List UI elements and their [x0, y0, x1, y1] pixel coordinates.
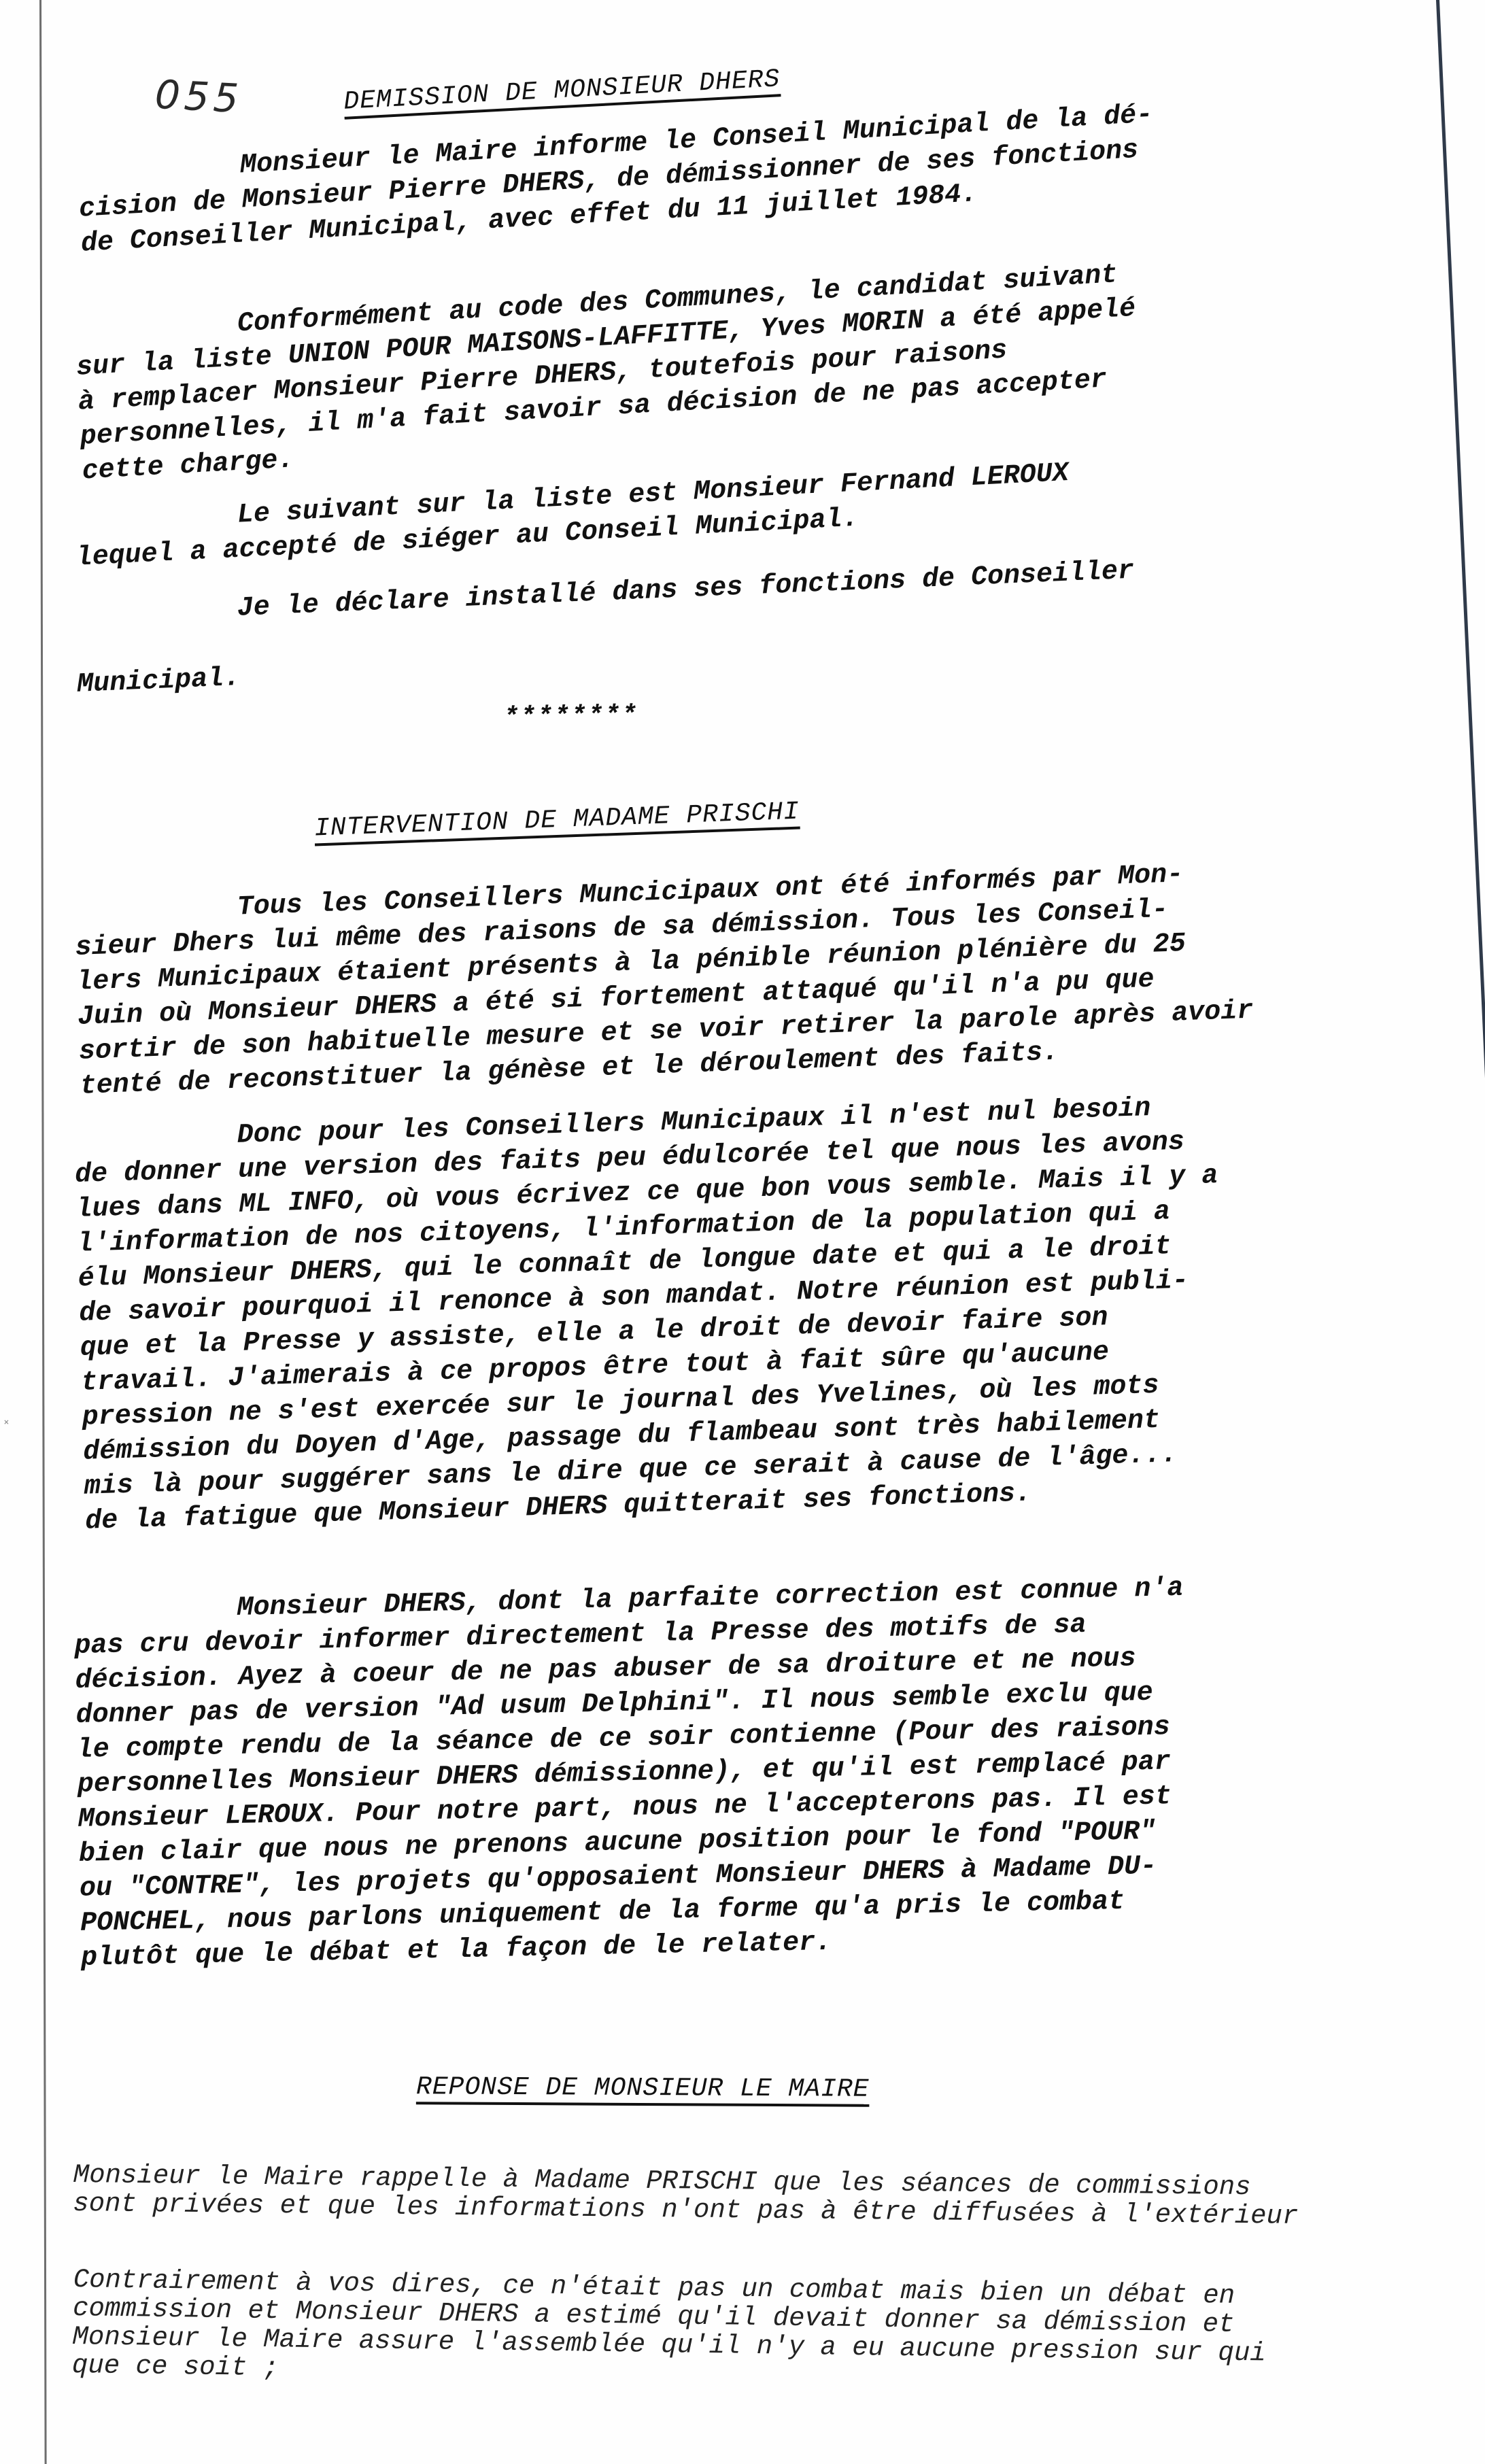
paragraph: Donc pour les Conseillers Municipaux il … — [73, 1089, 1228, 1539]
section-title-intervention: INTERVENTION DE MADAME PRISCHI — [313, 798, 800, 844]
paragraph: Je le déclare installé dans ses fonction… — [73, 554, 1138, 702]
paragraph: Monsieur le Maire informe le Conseil Mun… — [76, 98, 1157, 262]
scanned-page: ˟ 055 DEMISSION DE MONSIEUR DHERS Monsie… — [0, 0, 1485, 2464]
paragraph: Conformément au code des Communes, le ca… — [73, 257, 1142, 490]
paragraph: Contrairement à vos dires, ce n'était pa… — [72, 2265, 1267, 2396]
scan-edge-left — [39, 0, 47, 2464]
paragraph: Monsieur DHERS, dont la parfaite correct… — [73, 1571, 1191, 1976]
handwritten-page-number: 055 — [154, 71, 243, 122]
scan-edge-right — [1436, 0, 1485, 1086]
section-title-reponse: REPONSE DE MONSIEUR LE MAIRE — [416, 2072, 870, 2104]
paragraph: Tous les Conseillers Muncicipaux ont été… — [73, 855, 1255, 1104]
section-title-demission: DEMISSION DE MONSIEUR DHERS — [343, 65, 781, 117]
paragraph: Monsieur le Maire rappelle à Madame PRIS… — [73, 2161, 1299, 2231]
stray-ink-mark: ˟ — [3, 1420, 10, 1429]
asterisk-divider: ******** — [503, 698, 638, 735]
